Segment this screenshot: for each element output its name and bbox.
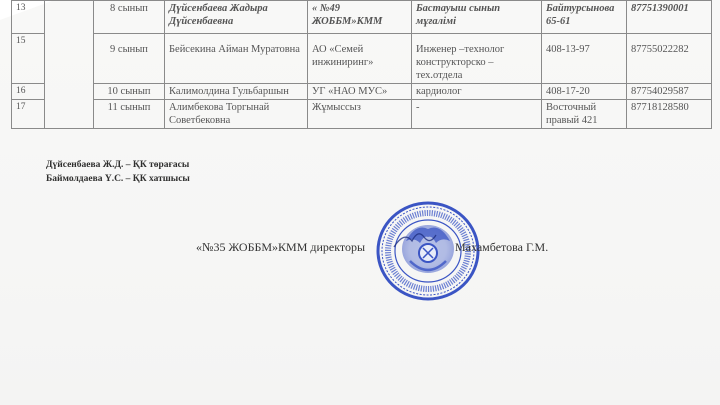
name-cell: Бейсекина Айман Муратовна bbox=[165, 34, 308, 84]
grade-cell: 10 сынып bbox=[94, 84, 165, 100]
address-cell: Восточный правый 421 bbox=[542, 100, 627, 129]
name-cell: Алимбекова Торгынай Советбековна bbox=[165, 100, 308, 129]
table-row: 15 9 сынып Бейсекина Айман Муратовна АО … bbox=[12, 34, 712, 84]
chair-line: Дүйсенбаева Ж.Д. – ҚК төрағасы bbox=[46, 158, 190, 172]
name-text: Бейсекина Айман Муратовна bbox=[169, 35, 303, 56]
grade-cell: 9 сынып bbox=[94, 34, 165, 84]
workplace-cell: « №49 ЖОББМ»КММ bbox=[308, 1, 412, 34]
row-number: 17 bbox=[12, 100, 45, 129]
workplace-text: АО «Семей инжиниринг» bbox=[312, 35, 407, 69]
phone-cell: 87754029587 bbox=[627, 84, 712, 100]
name-cell: Дүйсенбаева Жадыра Дүйсенбаевна bbox=[165, 1, 308, 34]
secretary-line: Баймолдаева Ү.С. – ҚК хатшысы bbox=[46, 172, 190, 186]
committee-signers: Дүйсенбаева Ж.Д. – ҚК төрағасы Баймолдае… bbox=[46, 158, 190, 186]
blank-column bbox=[45, 1, 94, 129]
document-page: 13 8 сынып Дүйсенбаева Жадыра Дүйсенбаев… bbox=[0, 0, 720, 405]
workplace-cell: АО «Семей инжиниринг» bbox=[308, 34, 412, 84]
grade-cell: 11 сынып bbox=[94, 100, 165, 129]
parent-committee-table: 13 8 сынып Дүйсенбаева Жадыра Дүйсенбаев… bbox=[11, 0, 712, 129]
row-number: 15 bbox=[12, 34, 45, 84]
workplace-cell: Жұмыссыз bbox=[308, 100, 412, 129]
phone-cell: 87755022282 bbox=[627, 34, 712, 84]
grade-cell: 8 сынып bbox=[94, 1, 165, 34]
address-cell: 408-13-97 bbox=[542, 34, 627, 84]
position-cell: кардиолог bbox=[412, 84, 542, 100]
table-row: 13 8 сынып Дүйсенбаева Жадыра Дүйсенбаев… bbox=[12, 1, 712, 34]
address-cell: 408-17-20 bbox=[542, 84, 627, 100]
row-number: 13 bbox=[12, 1, 45, 34]
phone-text: 87755022282 bbox=[631, 35, 707, 56]
phone-cell: 87718128580 bbox=[627, 100, 712, 129]
phone-cell: 87751390001 bbox=[627, 1, 712, 34]
table-row: 17 11 сынып Алимбекова Торгынай Советбек… bbox=[12, 100, 712, 129]
position-cell: Бастауыш сынып мұғалімі bbox=[412, 1, 542, 34]
position-text: Инженер –технолог конструкторско –тех.от… bbox=[416, 35, 537, 82]
table-row: 16 10 сынып Калимолдина Гульбаршын УГ «Н… bbox=[12, 84, 712, 100]
director-title: «№35 ЖОББМ»КММ директоры bbox=[196, 240, 365, 255]
address-text: 408-13-97 bbox=[546, 35, 622, 56]
position-cell: Инженер –технолог конструкторско –тех.от… bbox=[412, 34, 542, 84]
row-number: 16 bbox=[12, 84, 45, 100]
director-name: Махамбетова Г.М. bbox=[455, 240, 548, 255]
workplace-cell: УГ «НАО МУС» bbox=[308, 84, 412, 100]
position-cell: - bbox=[412, 100, 542, 129]
grade-text: 9 сынып bbox=[98, 35, 160, 56]
address-cell: Байтурсынова 65-61 bbox=[542, 1, 627, 34]
name-cell: Калимолдина Гульбаршын bbox=[165, 84, 308, 100]
